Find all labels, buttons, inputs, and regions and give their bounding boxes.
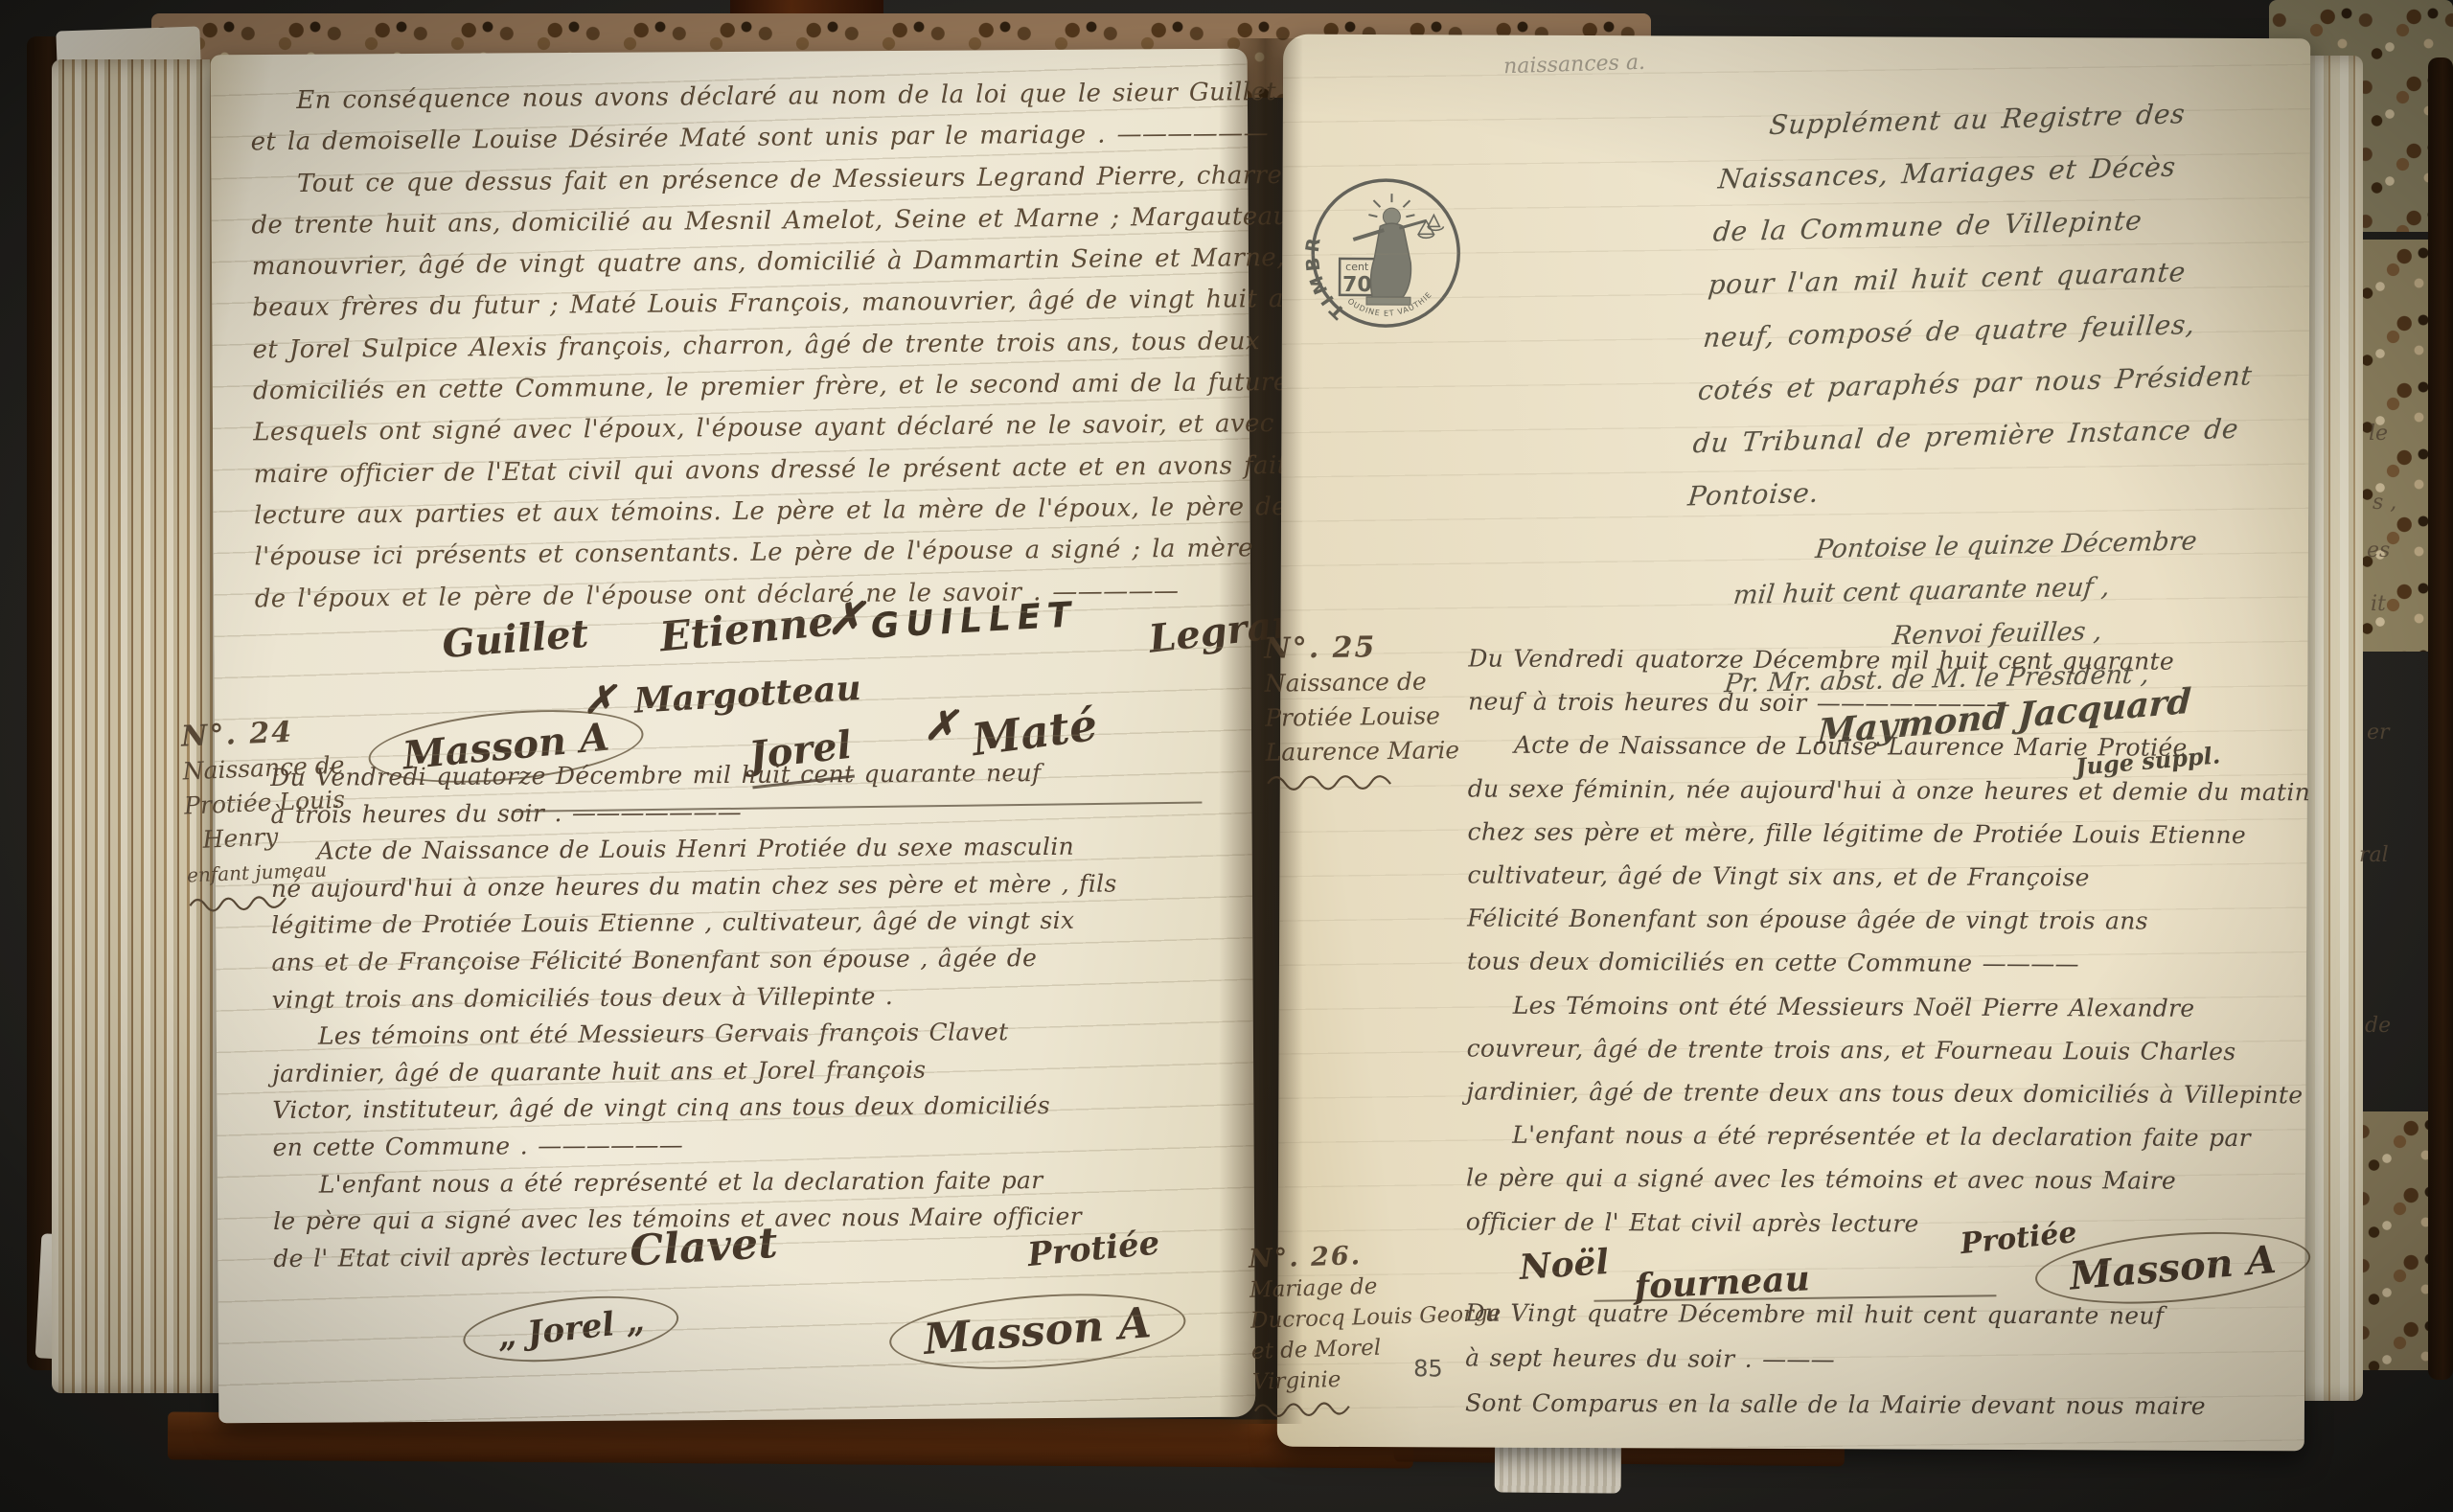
left-register-page: En conséquence nous avons déclaré au nom… — [211, 49, 1256, 1424]
signature-margotteau: Margotteau — [633, 668, 862, 722]
text-line: Du Vendredi quatorze Décembre mil huit c… — [270, 754, 1228, 797]
book-gutter-shadow — [1219, 38, 1303, 1424]
next-page-text-fragment: ral — [2359, 843, 2389, 867]
supplement-heading: Supplément au Registre des Naissances, M… — [1685, 84, 2291, 522]
signature-cross-mark: ✗ — [924, 702, 958, 749]
signature-cross-mark: ✗ — [827, 592, 864, 644]
next-page-text-fragment: le — [2369, 422, 2388, 446]
text-line: Les témoins ont été Messieurs Gervais fr… — [272, 1013, 1230, 1056]
signature-guillet: Guillet — [441, 611, 590, 667]
signature-masson-circled: Masson A — [886, 1284, 1187, 1378]
text-line: Victor, instituteur, âgé de vingt cinq a… — [272, 1087, 1230, 1130]
pencil-annotation: naissances a. — [1503, 51, 1646, 80]
next-page-text-fragment: it — [2371, 592, 2386, 616]
text-line: Félicité Bonenfant son épouse âgée de vi… — [1467, 897, 2310, 944]
pencil-page-number: 85 — [1413, 1355, 1443, 1382]
right-register-page: naissances a. Supplément au Registre des… — [1277, 34, 2310, 1452]
next-page-text-fragment: es — [2367, 538, 2390, 562]
text-line: tous deux domiciliés en cette Commune ——… — [1467, 940, 2310, 987]
text-line: chez ses père et mère, fille légitime de… — [1467, 810, 2310, 857]
stamp-denomination: cent — [1345, 261, 1369, 273]
marriage-act-conclusion: En conséquence nous avons déclaré au nom… — [250, 73, 1227, 621]
text-line: L'enfant nous a été représenté et la dec… — [273, 1160, 1231, 1203]
text-line: vingt trois ans domiciliés tous deux à V… — [272, 975, 1230, 1019]
text-line: à sept heures du soir . ——— — [1465, 1336, 2308, 1385]
text-line: Acte de Naissance de Louise Laurence Mar… — [1468, 723, 2311, 770]
text-line: Sont Comparus en la salle de la Mairie d… — [1465, 1381, 2308, 1430]
leather-edge-right — [2428, 57, 2453, 1380]
signature-jorel-circled: „ Jorel „ — [460, 1287, 682, 1372]
text-line: du sexe féminin, née aujourd'hui à onze … — [1468, 767, 2311, 813]
text-line: légitime de Protiée Louis Etienne , cult… — [271, 902, 1229, 945]
signature-clavet: Clavet — [629, 1219, 779, 1276]
text-line: L'enfant nous a été représentée et la de… — [1466, 1113, 2309, 1160]
marriage-act-26: Du Vingt quatre Décembre mil huit cent q… — [1465, 1291, 2309, 1430]
text-line: Du Vingt quatre Décembre mil huit cent q… — [1465, 1291, 2308, 1340]
birth-act-24: Du Vendredi quatorze Décembre mil huit c… — [270, 754, 1231, 1277]
text-line: neuf à trois heures du soir ———————— — [1468, 680, 2311, 727]
text-line: Acte de Naissance de Louis Henri Protiée… — [271, 828, 1229, 871]
birth-act-25: Du Vendredi quatorze Décembre mil huit c… — [1466, 637, 2312, 1248]
next-page-text-fragment: de — [2365, 1014, 2391, 1038]
next-page-text-fragment: er — [2367, 721, 2390, 745]
text-line: jardinier, âgé de quarante huit ans et J… — [272, 1050, 1230, 1093]
photograph-of-open-register-book: En conséquence nous avons déclaré au nom… — [0, 0, 2453, 1512]
timbre-revenue-stamp: TIMBRE OUDINE ET VAUTHIER cent 70. — [1303, 171, 1469, 336]
next-page-text-fragment: s , — [2373, 491, 2396, 515]
text-line: en cette Commune . —————— — [273, 1124, 1231, 1167]
text-line: cultivateur, âgé de Vingt six ans, et de… — [1467, 854, 2310, 901]
text-line: jardinier, âgé de trente deux ans tous d… — [1466, 1070, 2309, 1117]
text-line: Les Témoins ont été Messieurs Noël Pierr… — [1467, 983, 2310, 1030]
text-line: Du Vendredi quatorze Décembre mil huit c… — [1468, 637, 2311, 684]
text-line: couvreur, âgé de trente trois ans, et Fo… — [1467, 1026, 2310, 1073]
text-line: ans et de Françoise Félicité Bonenfant s… — [271, 939, 1229, 982]
text-line: le père qui a signé avec les témoins et … — [1466, 1157, 2309, 1203]
text-line: à trois heures du soir . ——————— — [270, 790, 1228, 834]
text-line: né aujourd'hui à onze heures du matin ch… — [271, 865, 1229, 908]
